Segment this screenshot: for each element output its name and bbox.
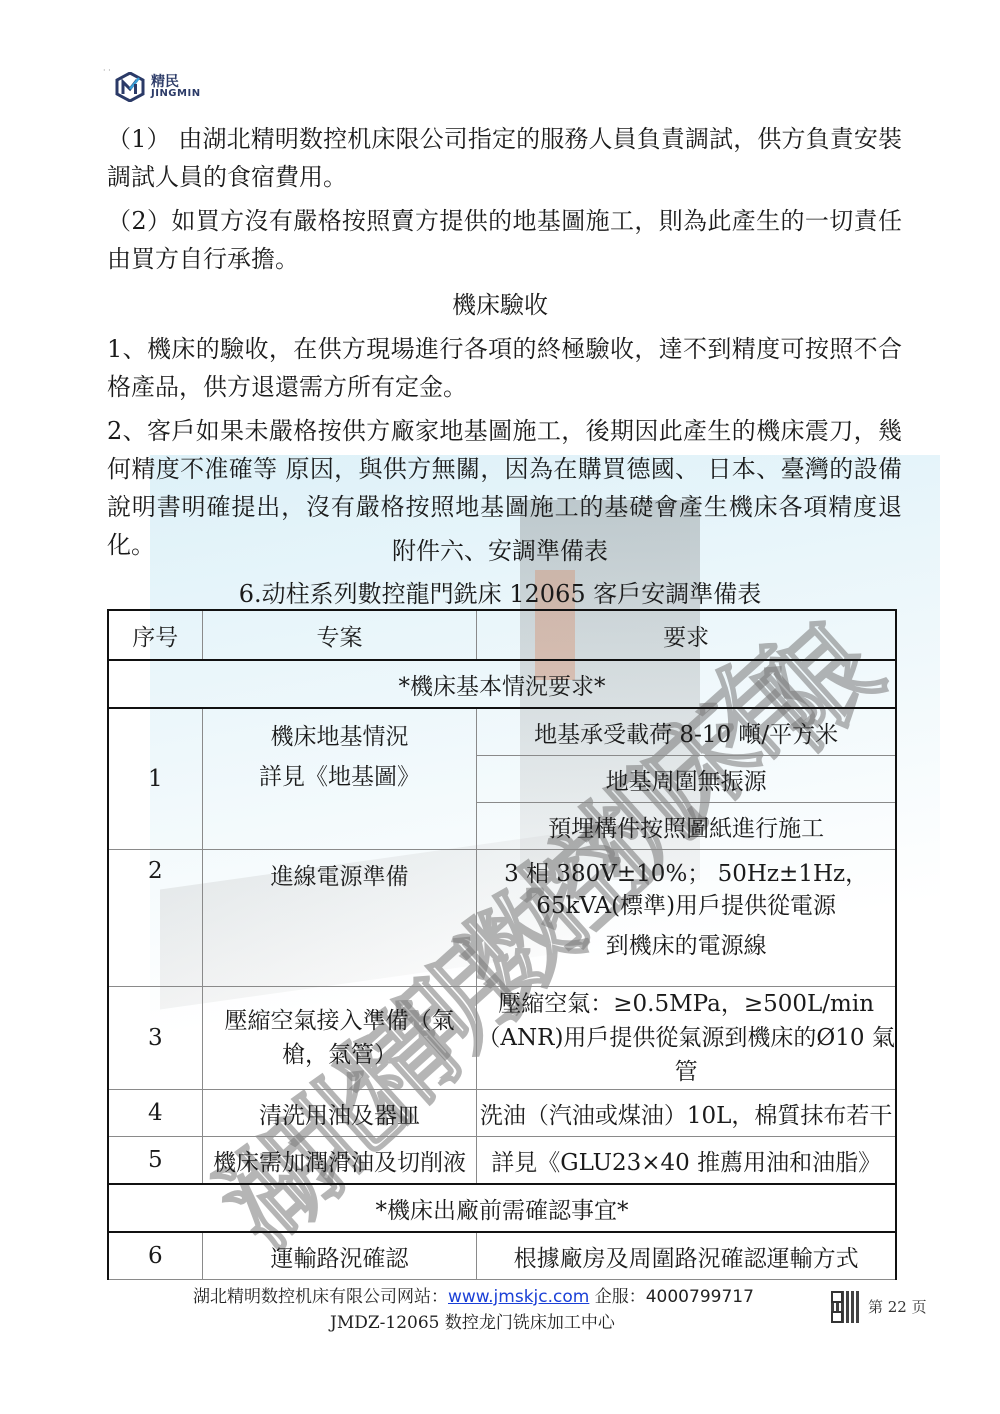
row-requirement: 地基承受載荷 8-10 噸/平方米	[477, 708, 896, 756]
row-item-line: 詳見《地基圖》	[203, 757, 477, 797]
row-item: 清洗用油及器皿	[202, 1090, 477, 1137]
footer-product: JMDZ-12065 数控龙门铣床加工中心	[330, 1308, 615, 1333]
acceptance-heading: 機床驗收	[0, 285, 1000, 320]
row-requirement: 詳見《GLU23×40 推薦用油和油脂》	[477, 1137, 896, 1185]
row-number: 6	[108, 1232, 202, 1280]
jingmin-logo-icon	[115, 72, 145, 102]
page-number: 第 22 页	[868, 1296, 927, 1317]
paragraph-foundation-liability: （2）如買方沒有嚴格按照賣方提供的地基圖施工，則為此產生的一切責任由買方自行承擔…	[107, 202, 902, 278]
row-item: 壓縮空氣接入準備（氣槍，氣管）	[202, 987, 477, 1090]
table-row: 3 壓縮空氣接入準備（氣槍，氣管） 壓縮空氣：≥0.5MPa，≥500L/min…	[108, 987, 896, 1090]
footer-company-label: 湖北精明数控机床有限公司网站：	[193, 1287, 448, 1307]
row-requirement: 根據廠房及周圍路況確認運輸方式	[477, 1232, 896, 1280]
table-row: 2 進線電源準備 3 相 380V±10%； 50Hz±1Hz，65kVA(標準…	[108, 850, 896, 987]
footer-contact: 湖北精明数控机床有限公司网站：www.jmskjc.com 企服：4000799…	[193, 1282, 754, 1307]
table-row: 1 機床地基情況 詳見《地基圖》 地基承受載荷 8-10 噸/平方米	[108, 708, 896, 756]
row-item: 運輸路況確認	[202, 1232, 477, 1280]
footer-website-link[interactable]: www.jmskjc.com	[448, 1287, 589, 1307]
table-row: 6 運輸路況確認 根據廠房及周圍路況確認運輸方式	[108, 1232, 896, 1280]
row-requirement: 預埋構件按照圖紙進行施工	[477, 803, 896, 850]
row-number: 1	[108, 708, 202, 850]
section-row-basic: *機床基本情況要求*	[108, 660, 896, 708]
header-dots: · ·	[103, 66, 111, 75]
table-header-row: 序号 专案 要求	[108, 610, 896, 660]
row-requirement: 地基周圍無振源	[477, 756, 896, 803]
row-requirement: 洗油（汽油或煤油）10L，棉質抹布若干	[477, 1090, 896, 1137]
row-item: 機床需加潤滑油及切削液	[202, 1137, 477, 1185]
logo-english-name: JINGMIN	[151, 89, 201, 99]
footer-phone: 4000799717	[646, 1287, 754, 1307]
logo-chinese-name: 精民	[151, 75, 201, 89]
table-row: 5 機床需加潤滑油及切削液 詳見《GLU23×40 推薦用油和油脂》	[108, 1137, 896, 1185]
header-item: 专案	[202, 610, 477, 660]
appendix-heading: 附件六、安調準備表	[0, 531, 1000, 566]
paragraph-installation-staff: （1） 由湖北精明数控机床限公司指定的服務人員負責調試，供方負責安裝調試人員的食…	[107, 120, 902, 196]
row-item: 機床地基情況 詳見《地基圖》	[202, 708, 477, 850]
section-row-pre-shipment: *機床出廠前需確認事宜*	[108, 1184, 896, 1232]
qr-code-icon	[831, 1291, 859, 1323]
footer-service-label: 企服：	[589, 1287, 645, 1307]
row-requirement-line: 到機床的電源線	[477, 922, 895, 970]
section-pre-shipment: *機床出廠前需確認事宜*	[108, 1184, 896, 1232]
table-row: 4 清洗用油及器皿 洗油（汽油或煤油）10L，棉質抹布若干	[108, 1090, 896, 1137]
company-logo: 精民 JINGMIN	[115, 72, 201, 102]
acceptance-item-1: 1、機床的驗收，在供方現場進行各項的終極驗收，達不到精度可按照不合格產品，供方退…	[107, 330, 902, 406]
header-requirement: 要求	[477, 610, 896, 660]
row-number: 3	[108, 987, 202, 1090]
header-serial: 序号	[108, 610, 202, 660]
section-basic-requirements: *機床基本情況要求*	[108, 660, 896, 708]
row-item: 進線電源準備	[202, 850, 477, 987]
row-number: 4	[108, 1090, 202, 1137]
installation-preparation-table: 序号 专案 要求 *機床基本情況要求* 1 機床地基情況 詳見《地基圖》 地基承…	[107, 609, 897, 1280]
row-number: 5	[108, 1137, 202, 1185]
row-item-line: 機床地基情況	[203, 717, 477, 757]
row-requirement: 3 相 380V±10%； 50Hz±1Hz，65kVA(標準)用戶提供從電源 …	[477, 850, 896, 987]
row-number: 2	[108, 850, 202, 987]
row-requirement: 壓縮空氣：≥0.5MPa，≥500L/min（ANR)用戶提供從氣源到機床的Ø1…	[477, 987, 896, 1090]
table-title: 6.动柱系列數控龍門銑床 12065 客戶安調準備表	[0, 574, 1000, 609]
row-requirement-line: 3 相 380V±10%； 50Hz±1Hz，65kVA(標準)用戶提供從電源	[477, 858, 895, 922]
